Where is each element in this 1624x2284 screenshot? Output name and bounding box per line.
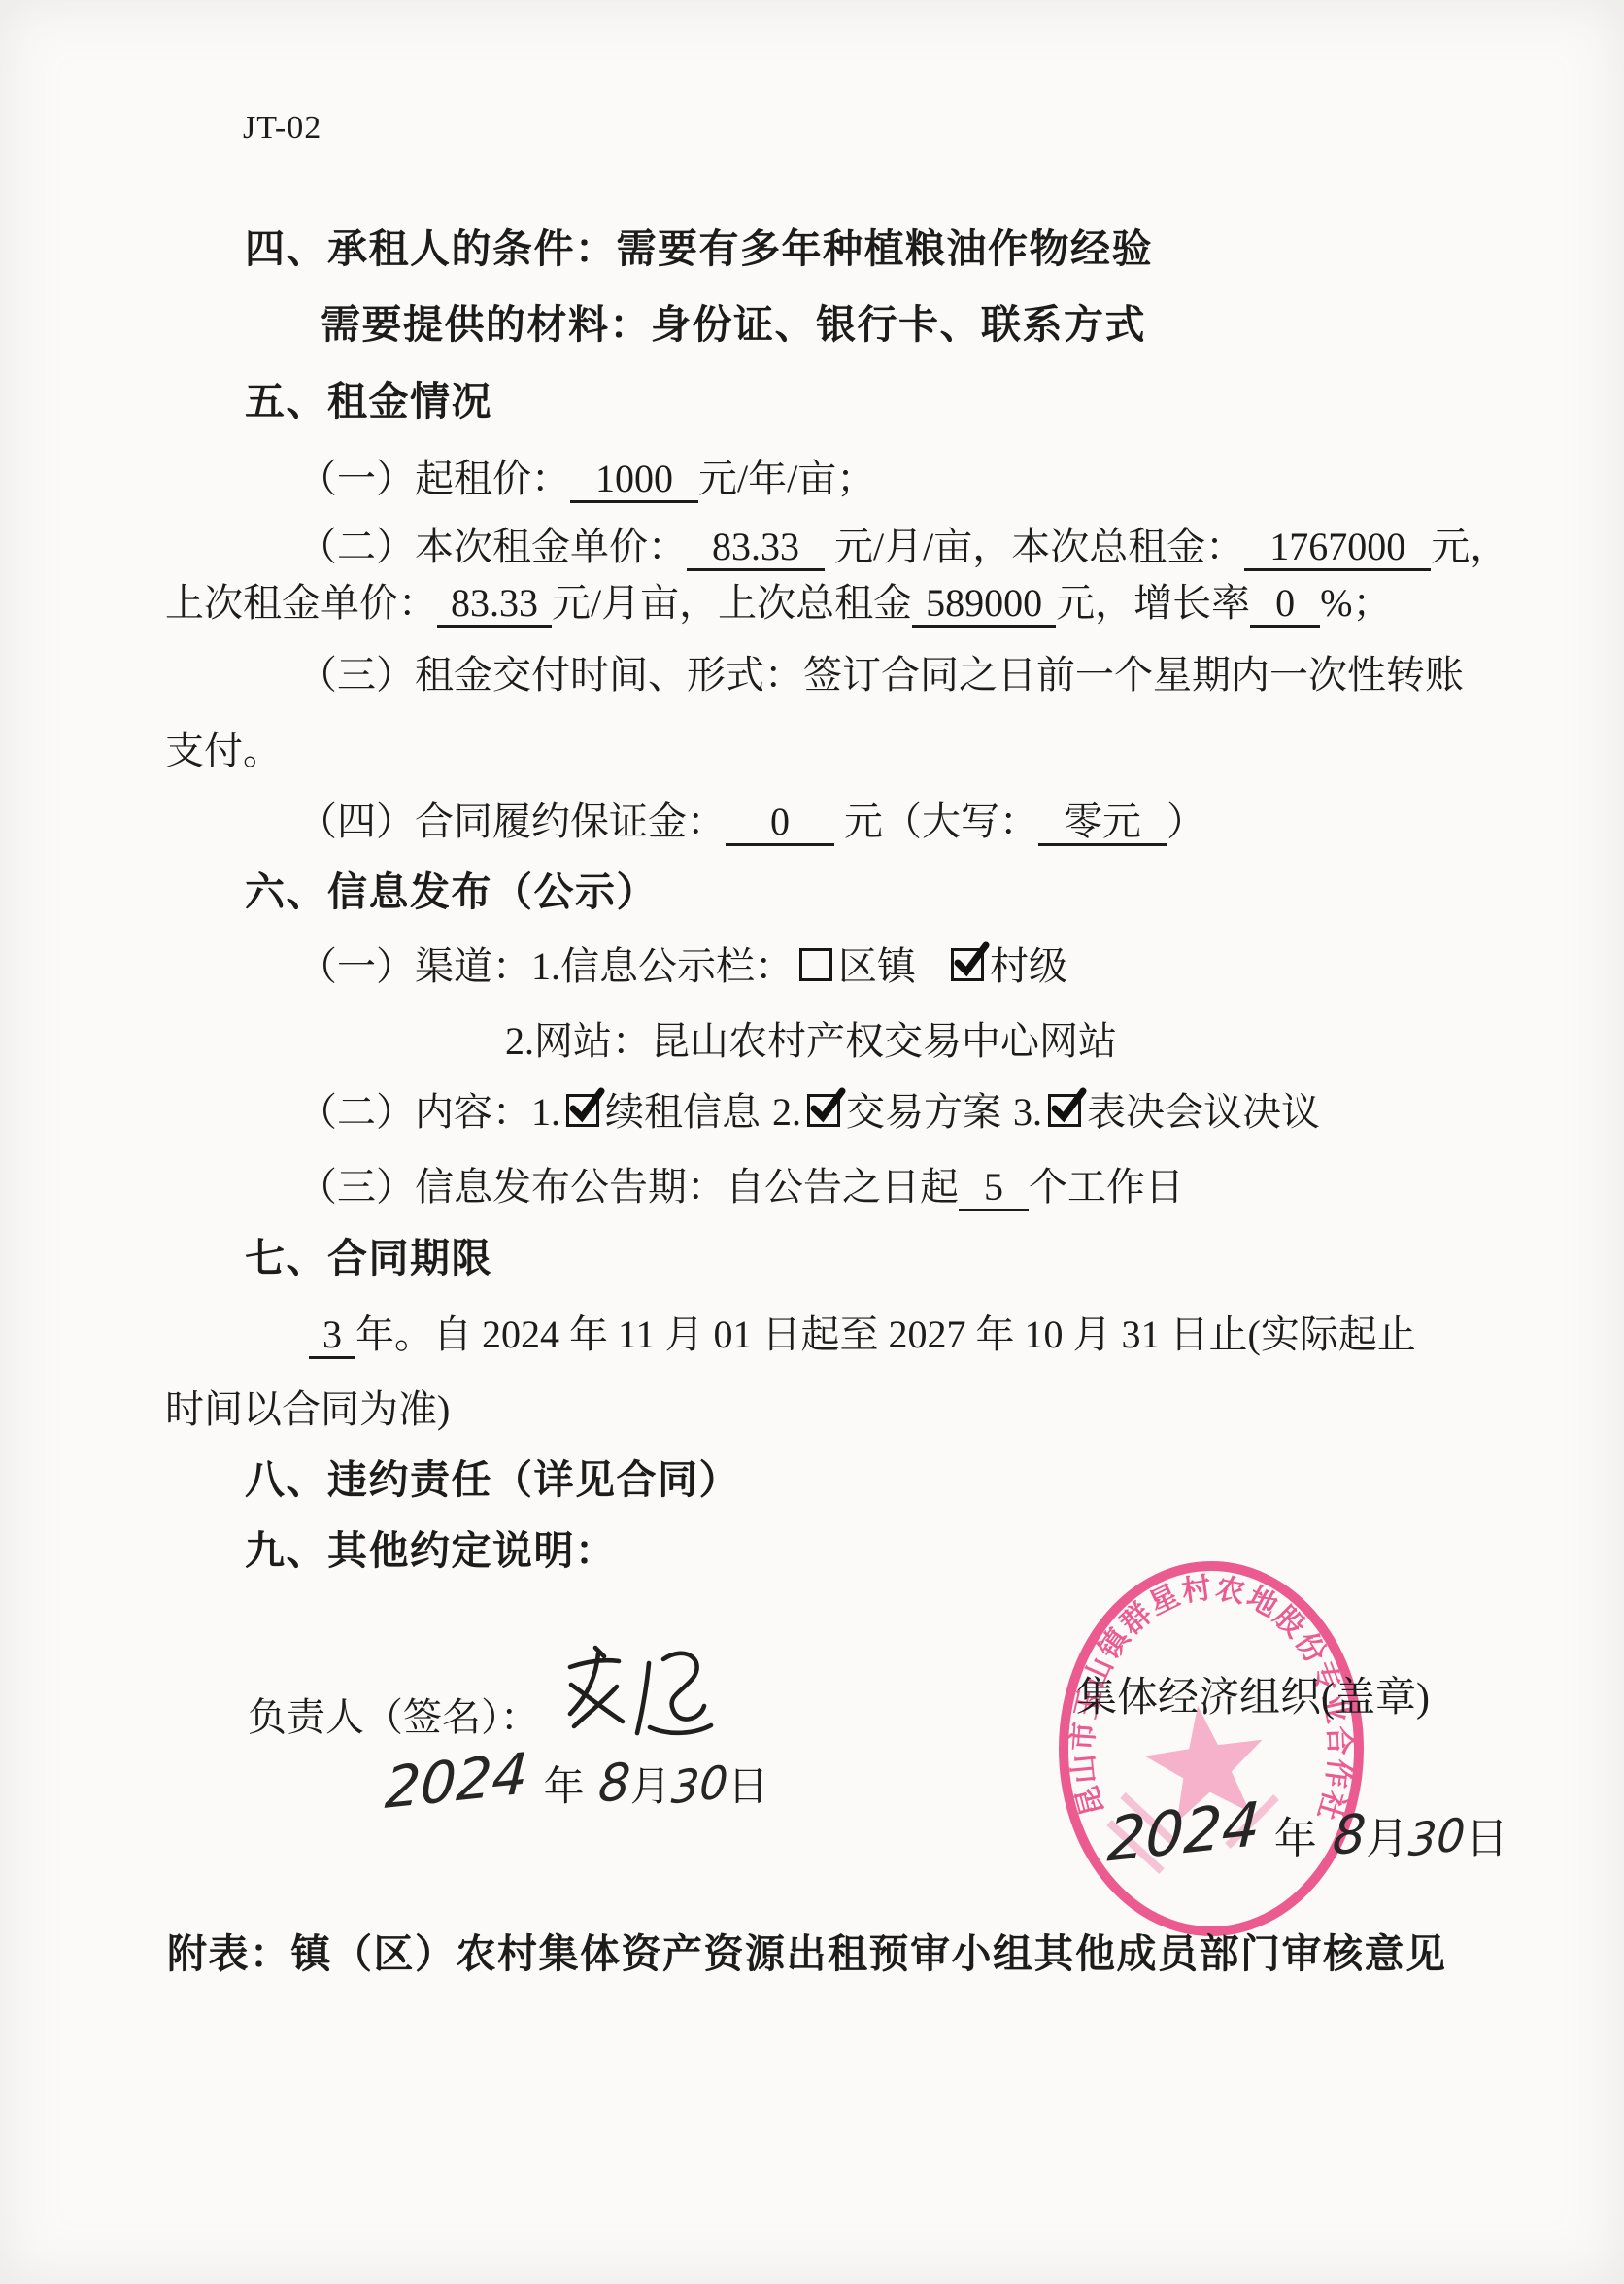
org-date-month-unit: 月 — [1366, 1815, 1408, 1862]
rent-unit-price-value: 83.33 — [687, 527, 825, 571]
publish-period-label: （三）信息发布公告期：自公告之日起 — [298, 1165, 959, 1209]
publish-period-line: （三）信息发布公告期：自公告之日起5个工作日 — [298, 1165, 1184, 1211]
rent-current-line: （二）本次租金单价：83.33 元/月/亩，本次总租金：1767000元， — [298, 525, 1508, 571]
publish-period-value: 5 — [959, 1167, 1029, 1211]
section9-heading: 九、其他约定说明： — [245, 1528, 617, 1574]
prev-total-label: 元/月亩，上次总租金 — [552, 581, 912, 625]
scanned-form-page: JT-02 四、承租人的条件：需要有多年种植粮油作物经验 需要提供的材料：身份证… — [0, 0, 1624, 2284]
signer-date-month: 8 — [596, 1754, 631, 1816]
checkbox-checked-village-icon — [951, 948, 984, 981]
org-date-month: 8 — [1331, 1803, 1367, 1867]
deposit-label: （四）合同履约保证金： — [298, 800, 726, 843]
doc-code: JT-02 — [243, 109, 321, 147]
contract-term-line2: 时间以合同为准) — [165, 1387, 450, 1432]
rent-base-price-label: （一）起租价： — [298, 457, 570, 500]
section4-line2: 需要提供的材料：身份证、银行卡、联系方式 — [321, 302, 1146, 348]
growth-rate-label: 元，增长率 — [1056, 581, 1250, 625]
deposit-line: （四）合同履约保证金：0 元（大写：零元） — [298, 800, 1205, 846]
checkbox-checked-plan-icon — [807, 1094, 840, 1127]
signer-date-year-unit: 年 — [544, 1765, 585, 1810]
rent-payment-line2: 支付。 — [165, 729, 282, 773]
rent-total-label: 元/月/亩，本次总租金： — [834, 525, 1244, 568]
deposit-close-paren: ） — [1167, 800, 1205, 843]
signer-date-day: 30 — [669, 1756, 728, 1815]
org-date-year: 2024 — [1106, 1789, 1263, 1875]
signer-date-day-unit: 日 — [727, 1765, 768, 1810]
rent-base-price-unit: 元/年/亩； — [698, 457, 875, 500]
prev-total-value: 589000 — [912, 583, 1056, 628]
section6-heading: 六、信息发布（公示） — [245, 869, 658, 915]
publish-period-unit: 个工作日 — [1029, 1165, 1184, 1209]
rent-base-price-value: 1000 — [570, 459, 698, 503]
deposit-caps-label: 元（大写： — [844, 800, 1038, 843]
section5-heading: 五、租金情况 — [245, 379, 492, 425]
org-stamp-seal: 昆山市玉山镇群星村农地股份专业合作社 — [1051, 1556, 1377, 1945]
content-num-3: 3. — [1013, 1090, 1042, 1134]
signer-date: 2024年8月30日 — [385, 1749, 768, 1814]
growth-rate-value: 0 — [1250, 583, 1320, 628]
rent-previous-line: 上次租金单价：83.33元/月亩，上次总租金589000元，增长率0%； — [165, 581, 1391, 628]
contract-term-years: 3 — [309, 1314, 355, 1359]
rent-unit-price-label: （二）本次租金单价： — [298, 525, 687, 568]
prev-unit-price-label: 上次租金单价： — [165, 581, 437, 625]
checkbox-checked-resolution-icon — [1048, 1094, 1081, 1127]
rent-payment-line1: （三）租金交付时间、形式：签订合同之日前一个星期内一次性转账 — [298, 653, 1464, 698]
content-num-2: 2. — [772, 1090, 801, 1134]
rent-base-price-line: （一）起租价：1000元/年/亩； — [298, 457, 875, 503]
section4-heading-line1: 四、承租人的条件：需要有多年种植粮油作物经验 — [245, 226, 1153, 272]
org-date: 2024年8月30日 — [1107, 1797, 1508, 1866]
content-num-1: 1. — [531, 1090, 560, 1134]
deposit-value: 0 — [726, 801, 834, 846]
content-option-renewal: 续租信息 — [605, 1090, 761, 1134]
content-option-resolution: 表决会议决议 — [1087, 1090, 1320, 1134]
checkbox-unchecked-district-icon — [799, 948, 832, 981]
org-date-day-unit: 日 — [1466, 1815, 1508, 1862]
contract-term-line1: 3年。自 2024 年 11 月 01 日起至 2027 年 10 月 31 日… — [309, 1312, 1416, 1359]
contract-term-text: 年。自 2024 年 11 月 01 日起至 2027 年 10 月 31 日止… — [355, 1312, 1416, 1356]
publish-content-line: （二）内容：1.续租信息2.交易方案3.表决会议决议 — [298, 1090, 1320, 1135]
rent-total-value: 1767000 — [1244, 527, 1431, 571]
org-date-year-unit: 年 — [1274, 1815, 1317, 1862]
signer-signature-handwriting — [558, 1644, 714, 1741]
checkbox-checked-renewal-icon — [566, 1094, 599, 1127]
signer-date-month-unit: 月 — [630, 1765, 671, 1810]
publish-channel-label: （一）渠道：1.信息公示栏： — [298, 944, 794, 988]
section7-heading: 七、合同期限 — [245, 1236, 492, 1281]
signer-date-year: 2024 — [384, 1741, 529, 1822]
org-date-day: 30 — [1407, 1809, 1467, 1867]
signer-label: 负责人（签名）： — [248, 1695, 539, 1740]
content-option-plan: 交易方案 — [846, 1090, 1001, 1134]
section8-heading: 八、违约责任（详见合同） — [245, 1457, 740, 1503]
org-stamp-label: 集体经济组织(盖章) — [1076, 1675, 1430, 1722]
appendix-note: 附表：镇（区）农村集体资产资源出租预审小组其他成员部门审核意见 — [167, 1931, 1447, 1977]
rent-total-unit: 元， — [1431, 525, 1508, 568]
channel-option-district: 区镇 — [838, 944, 916, 988]
publish-channel-line: （一）渠道：1.信息公示栏：区镇村级 — [298, 944, 1067, 989]
channel-option-village: 村级 — [990, 944, 1067, 988]
publish-website-line: 2.网站：昆山农村产权交易中心网站 — [505, 1019, 1117, 1064]
growth-rate-unit: %； — [1320, 581, 1391, 625]
publish-content-label: （二）内容： — [298, 1090, 531, 1134]
prev-unit-price-value: 83.33 — [437, 583, 552, 628]
deposit-caps-value: 零元 — [1038, 801, 1167, 846]
